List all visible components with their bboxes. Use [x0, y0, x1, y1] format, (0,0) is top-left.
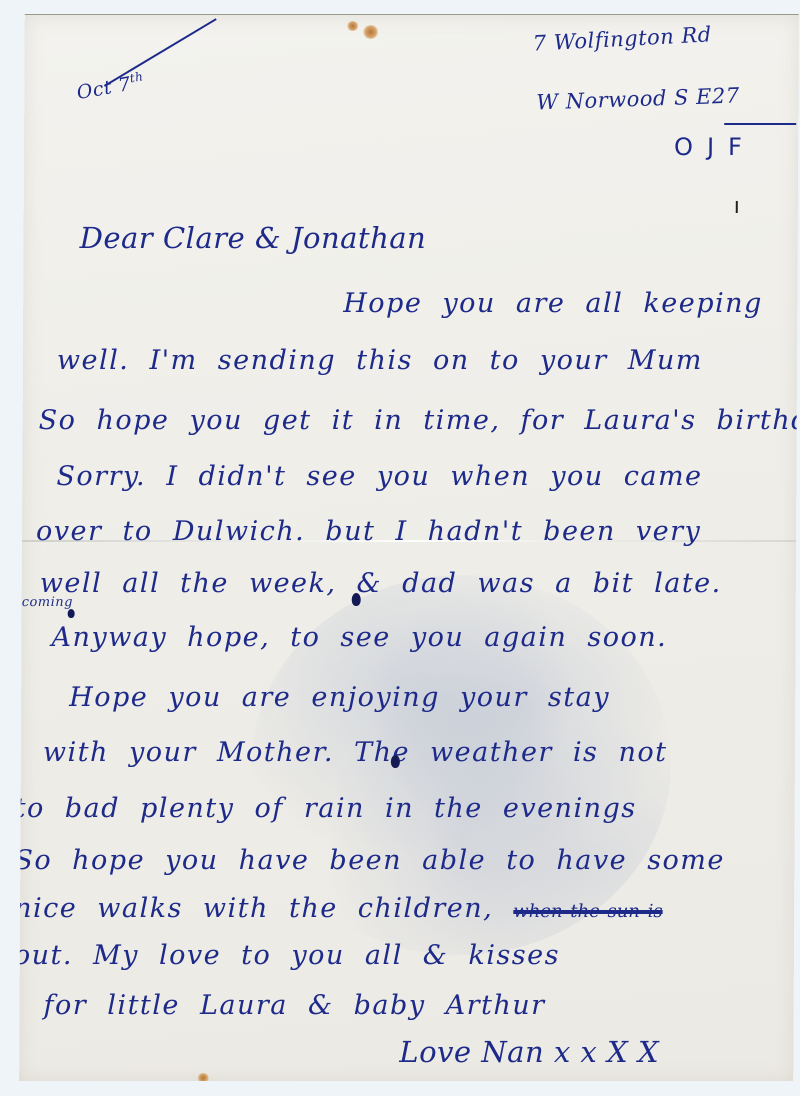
letter-date: Oct 7th	[75, 69, 146, 104]
letter-line: over to Dulwich. but I hadn't been very	[36, 516, 701, 547]
letter-line: So hope you have been able to have some	[19, 845, 725, 876]
letter-line: Sorry. I didn't see you when you came	[56, 461, 702, 492]
letter-paper: Oct 7th 7 Wolfington Rd W Norwood S E27 …	[19, 14, 799, 1081]
letter-line: Anyway hope, to see you again soon.	[51, 622, 667, 653]
rust-spot	[197, 1073, 209, 1081]
address-postcode: OJF	[674, 133, 756, 161]
ink-blot	[352, 593, 361, 606]
postcode-underline	[724, 123, 796, 125]
signature: Love Nan x x X X	[399, 1035, 659, 1069]
letter-line: Hope you are enjoying your stay	[69, 682, 610, 713]
margin-mark	[736, 201, 738, 213]
letter-line: for little Laura & baby Arthur	[44, 990, 546, 1021]
ink-blot	[68, 609, 75, 618]
rust-spot	[363, 25, 379, 39]
date-underline	[104, 18, 217, 87]
letter-line: well. I'm sending this on to your Mum	[57, 345, 703, 376]
address-street: 7 Wolfington Rd	[532, 22, 712, 55]
letter-line: out. My love to you all & kisses	[19, 940, 560, 971]
salutation: Dear Clare & Jonathan	[80, 221, 427, 255]
letter-line: So hope you get it in time, for Laura's …	[39, 405, 799, 436]
scanned-letter: Oct 7th 7 Wolfington Rd W Norwood S E27 …	[0, 0, 800, 1096]
address-district: W Norwood S E27	[536, 83, 740, 114]
letter-line: to bad plenty of rain in the evenings	[19, 793, 637, 824]
ink-blot	[391, 755, 400, 768]
rust-spot	[347, 21, 359, 31]
struck-out-text: when the sun is	[513, 901, 662, 922]
letter-line: well all the week, & dad was a bit late.	[40, 568, 722, 599]
letter-line: nice walks with the children, when the s…	[19, 893, 663, 924]
inserted-word: coming	[22, 595, 73, 610]
letter-line: with your Mother. The weather is not	[43, 737, 668, 768]
letter-line: Hope you are all keeping	[343, 288, 763, 319]
